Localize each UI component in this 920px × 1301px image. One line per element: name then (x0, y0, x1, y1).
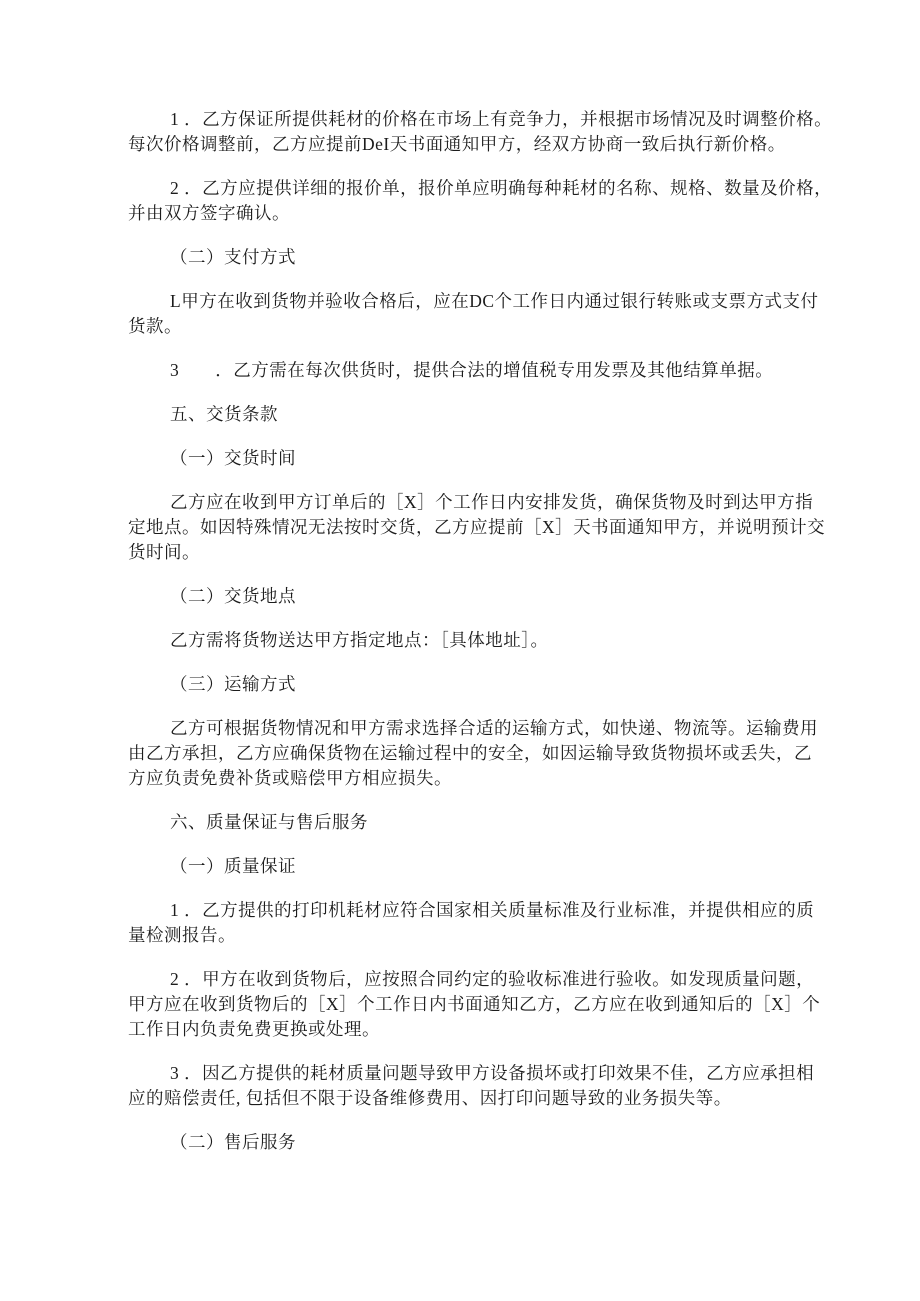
section-heading: 六、质量保证与售后服务 (128, 810, 820, 835)
text-line: 每次价格调整前，乙方应提前DeI天书面通知甲方，经双方协商一致后执行新价格。 (128, 132, 820, 157)
text-line: 货款。 (128, 314, 820, 339)
text-line: 2 ．甲方在收到货物后，应按照合同约定的验收标准进行验收。如发现质量问题， (128, 967, 820, 992)
text-line: 量检测报告。 (128, 923, 820, 948)
section-heading: （二）支付方式 (128, 245, 820, 270)
text-line: 应的赔偿责任, 包括但不限于设备维修费用、因打印问题导致的业务损失等。 (128, 1086, 820, 1111)
text-line: 由乙方承担，乙方应确保货物在运输过程中的安全，如因运输导致货物损坏或丢失，乙 (128, 741, 820, 766)
text-line: 货时间。 (128, 540, 820, 565)
text-line: 3 ．因乙方提供的耗材质量问题导致甲方设备损坏或打印效果不佳，乙方应承担相 (128, 1061, 820, 1086)
paragraph: 乙方应在收到甲方订单后的［X］个工作日内安排发货，确保货物及时到达甲方指定地点。… (128, 490, 820, 565)
text-line: 1 ．乙方提供的打印机耗材应符合国家相关质量标准及行业标准，并提供相应的质 (128, 898, 820, 923)
text-line: 甲方应在收到货物后的［X］个工作日内书面通知乙方，乙方应在收到通知后的［X］个 (128, 992, 820, 1017)
text-line: 2 ．乙方应提供详细的报价单，报价单应明确每种耗材的名称、规格、数量及价格， (128, 176, 820, 201)
section-heading: （二）交货地点 (128, 584, 820, 609)
text-line: （一）质量保证 (128, 854, 820, 879)
text-line: 定地点。如因特殊情况无法按时交货，乙方应提前［X］天书面通知甲方，并说明预计交 (128, 515, 820, 540)
section-heading: （三）运输方式 (128, 672, 820, 697)
text-line: （二）交货地点 (128, 584, 820, 609)
paragraph: L甲方在收到货物并验收合格后，应在DC个工作日内通过银行转账或支票方式支付货款。 (128, 289, 820, 339)
text-line: （三）运输方式 (128, 672, 820, 697)
paragraph: 乙方需将货物送达甲方指定地点：［具体地址］。 (128, 628, 820, 653)
section-heading: 五、交货条款 (128, 402, 820, 427)
paragraph: 3 ．因乙方提供的耗材质量问题导致甲方设备损坏或打印效果不佳，乙方应承担相应的赔… (128, 1061, 820, 1111)
section-heading: （一）质量保证 (128, 854, 820, 879)
paragraph: 1 ．乙方保证所提供耗材的价格在市场上有竞争力，并根据市场情况及时调整价格。每次… (128, 107, 820, 157)
text-line: （二）支付方式 (128, 245, 820, 270)
section-heading: （二）售后服务 (128, 1130, 820, 1155)
text-line: （一）交货时间 (128, 446, 820, 471)
text-line: 六、质量保证与售后服务 (128, 810, 820, 835)
paragraph: 2 ．乙方应提供详细的报价单，报价单应明确每种耗材的名称、规格、数量及价格，并由… (128, 176, 820, 226)
text-line: 乙方可根据货物情况和甲方需求选择合适的运输方式，如快递、物流等。运输费用 (128, 716, 820, 741)
paragraph: 1 ．乙方提供的打印机耗材应符合国家相关质量标准及行业标准，并提供相应的质量检测… (128, 898, 820, 948)
text-line: 乙方需将货物送达甲方指定地点：［具体地址］。 (128, 628, 820, 653)
section-heading: （一）交货时间 (128, 446, 820, 471)
paragraph: 3 ．乙方需在每次供货时，提供合法的增值税专用发票及其他结算单据。 (128, 358, 820, 383)
text-line: （二）售后服务 (128, 1130, 820, 1155)
paragraph: 乙方可根据货物情况和甲方需求选择合适的运输方式，如快递、物流等。运输费用由乙方承… (128, 716, 820, 791)
document-page: 1 ．乙方保证所提供耗材的价格在市场上有竞争力，并根据市场情况及时调整价格。每次… (0, 0, 920, 1301)
text-line: 并由双方签字确认。 (128, 201, 820, 226)
text-line: 1 ．乙方保证所提供耗材的价格在市场上有竞争力，并根据市场情况及时调整价格。 (128, 107, 820, 132)
paragraph: 2 ．甲方在收到货物后，应按照合同约定的验收标准进行验收。如发现质量问题，甲方应… (128, 967, 820, 1042)
text-line: 方应负责免费补货或赔偿甲方相应损失。 (128, 766, 820, 791)
text-line: 工作日内负责免费更换或处理。 (128, 1017, 820, 1042)
text-line: L甲方在收到货物并验收合格后，应在DC个工作日内通过银行转账或支票方式支付 (128, 289, 820, 314)
text-line: 3 ．乙方需在每次供货时，提供合法的增值税专用发票及其他结算单据。 (128, 358, 820, 383)
text-line: 乙方应在收到甲方订单后的［X］个工作日内安排发货，确保货物及时到达甲方指 (128, 490, 820, 515)
text-line: 五、交货条款 (128, 402, 820, 427)
document-body: 1 ．乙方保证所提供耗材的价格在市场上有竞争力，并根据市场情况及时调整价格。每次… (128, 107, 820, 1155)
